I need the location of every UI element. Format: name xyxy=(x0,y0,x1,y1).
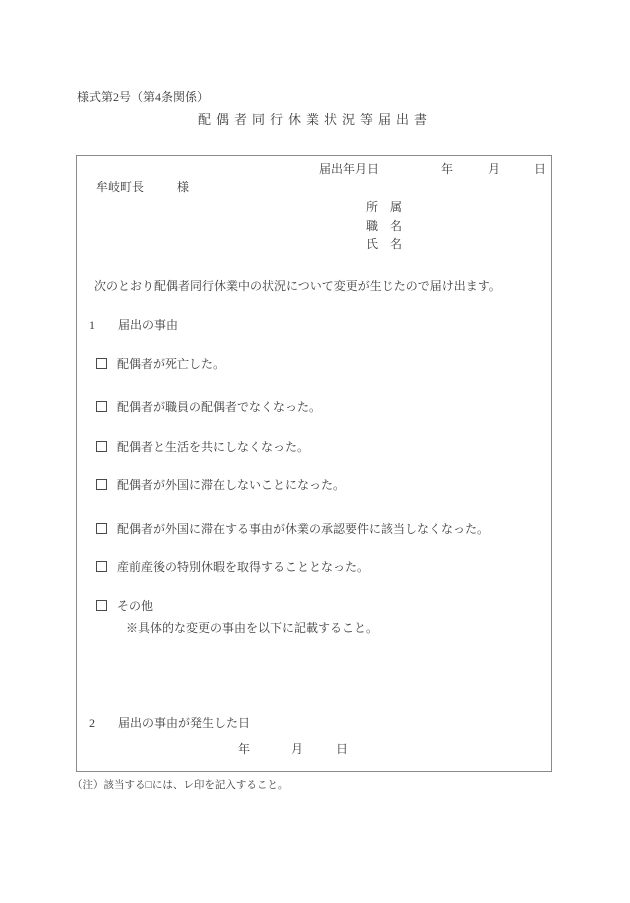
form-number: 様式第2号（第4条関係） xyxy=(77,90,209,104)
submission-date-year-label: 年 xyxy=(441,162,453,176)
reason-label: 配偶者が職員の配偶者でなくなった。 xyxy=(117,400,321,414)
reason-row: 配偶者が死亡した。 xyxy=(96,357,225,371)
reason-row: 配偶者が職員の配偶者でなくなった。 xyxy=(96,400,321,414)
reason-checkbox[interactable] xyxy=(96,561,107,572)
name-label: 氏 名 xyxy=(366,237,402,251)
submission-date-label: 届出年月日 xyxy=(319,162,379,176)
reason-checkbox[interactable] xyxy=(96,401,107,412)
occurrence-date-year-label: 年 xyxy=(238,742,250,756)
reason-row: 配偶者が外国に滞在する事由が休業の承認要件に該当しなくなった。 xyxy=(96,522,489,536)
reason-row: 配偶者と生活を共にしなくなった。 xyxy=(96,440,309,454)
addressee-name: 牟岐町長 xyxy=(96,180,144,194)
reason-row: 配偶者が外国に滞在しないことになった。 xyxy=(96,478,345,492)
form-border-box: 届出年月日 年 月 日 牟岐町長 様 所 属 職 名 氏 名 次のとおり配偶者同… xyxy=(76,155,552,772)
section2-number: 2 xyxy=(89,716,95,730)
section1-number: 1 xyxy=(89,318,95,332)
section1-title: 届出の事由 xyxy=(118,318,178,332)
reason-label: 配偶者が外国に滞在しないことになった。 xyxy=(117,478,345,492)
occurrence-date-day-label: 日 xyxy=(336,742,348,756)
reason-checkbox[interactable] xyxy=(96,600,107,611)
reason-label: 配偶者と生活を共にしなくなった。 xyxy=(117,440,309,454)
submission-date-month-label: 月 xyxy=(488,162,500,176)
occurrence-date-month-label: 月 xyxy=(291,742,303,756)
job-title-label: 職 名 xyxy=(366,219,402,233)
reason-label: 産前産後の特別休暇を取得することとなった。 xyxy=(117,560,369,574)
intro-statement: 次のとおり配偶者同行休業中の状況について変更が生じたので届け出ます。 xyxy=(94,279,501,293)
reason-label: 配偶者が外国に滞在する事由が休業の承認要件に該当しなくなった。 xyxy=(117,522,489,536)
reason-row: その他 xyxy=(96,599,153,613)
document-title: 配偶者同行休業状況等届出書 xyxy=(0,113,630,127)
reason-checkbox[interactable] xyxy=(96,479,107,490)
addressee-honorific: 様 xyxy=(177,180,189,194)
reason-checkbox[interactable] xyxy=(96,358,107,369)
reason-label: 配偶者が死亡した。 xyxy=(117,357,225,371)
document-page: 様式第2号（第4条関係） 配偶者同行休業状況等届出書 届出年月日 年 月 日 牟… xyxy=(0,0,630,903)
footnote: （注）該当する□には、レ印を記入すること。 xyxy=(72,779,288,792)
reason-label: その他 xyxy=(117,599,153,613)
submission-date-day-label: 日 xyxy=(534,162,546,176)
other-reason-instruction: ※具体的な変更の事由を以下に記載すること。 xyxy=(126,621,378,635)
section2-title: 届出の事由が発生した日 xyxy=(118,716,250,730)
reason-row: 産前産後の特別休暇を取得することとなった。 xyxy=(96,560,369,574)
reason-checkbox[interactable] xyxy=(96,523,107,534)
affiliation-label: 所 属 xyxy=(366,200,402,214)
reason-checkbox[interactable] xyxy=(96,441,107,452)
